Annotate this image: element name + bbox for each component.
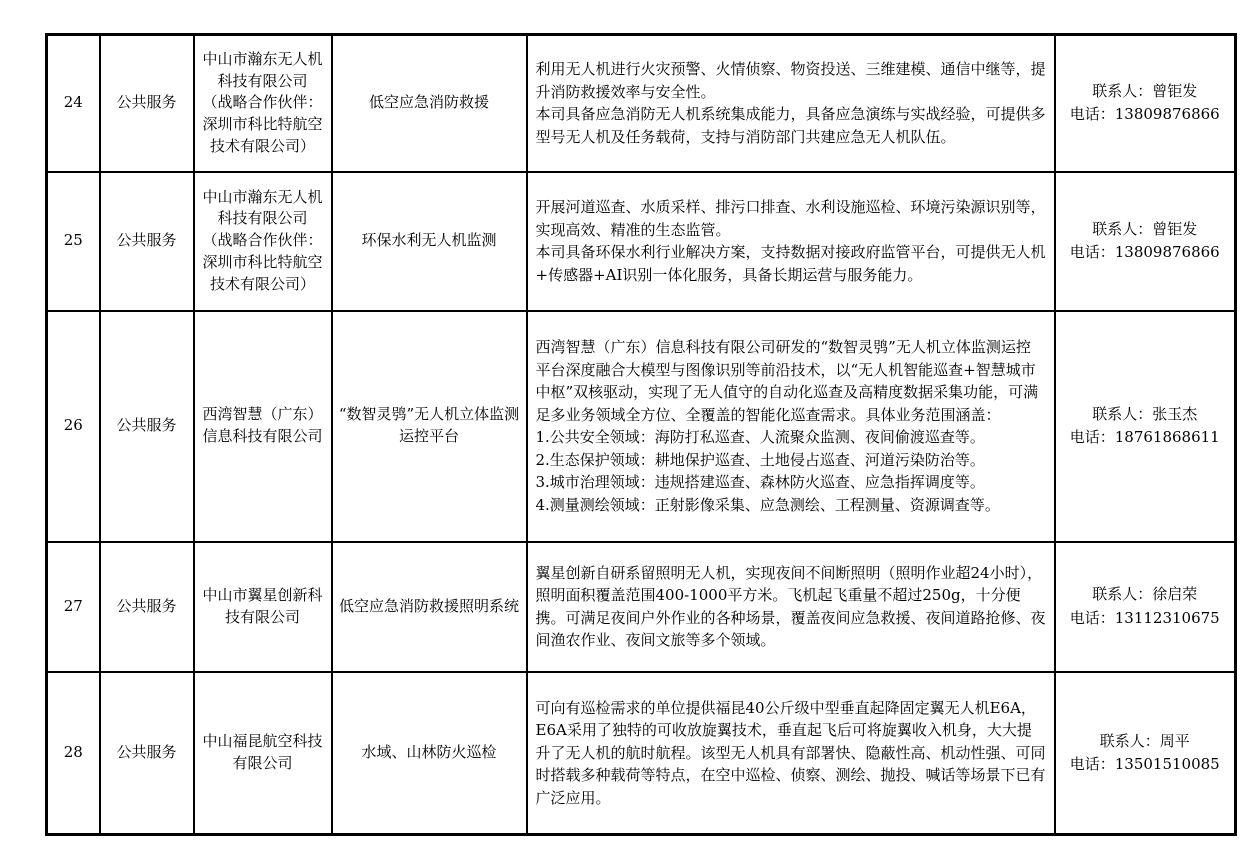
contact-cell: 联系人：徐启荣 电话：13112310675: [1055, 542, 1236, 672]
table-row: 26 公共服务 西湾智慧（广东）信息科技有限公司 “数智灵鸮”无人机立体监测运控…: [47, 311, 1236, 542]
contact-phone: 电话：13112310675: [1060, 607, 1231, 630]
company-cell: 西湾智慧（广东）信息科技有限公司: [194, 311, 332, 542]
contact-name: 联系人：曾钜发: [1060, 218, 1231, 241]
category-cell: 公共服务: [100, 542, 194, 672]
project-cell: 低空应急消防救援照明系统: [332, 542, 527, 672]
contact-name: 联系人：徐启荣: [1060, 583, 1231, 606]
row-number-cell: 26: [47, 311, 100, 542]
project-cell: 低空应急消防救援: [332, 35, 527, 172]
table-row: 24 公共服务 中山市瀚东无人机科技有限公司 （战略合作伙伴：深圳市科比特航空技…: [47, 35, 1236, 172]
contact-phone: 电话：13809876866: [1060, 103, 1231, 126]
category-cell: 公共服务: [100, 672, 194, 835]
row-number-cell: 25: [47, 172, 100, 311]
contact-phone: 电话：13809876866: [1060, 241, 1231, 264]
table-row: 27 公共服务 中山市翼星创新科技有限公司 低空应急消防救援照明系统 翼星创新自…: [47, 542, 1236, 672]
company-cell: 中山市瀚东无人机科技有限公司 （战略合作伙伴：深圳市科比特航空技术有限公司）: [194, 172, 332, 311]
contact-cell: 联系人：曾钜发 电话：13809876866: [1055, 35, 1236, 172]
company-cell: 中山市瀚东无人机科技有限公司 （战略合作伙伴：深圳市科比特航空技术有限公司）: [194, 35, 332, 172]
contact-cell: 联系人：张玉杰 电话：18761868611: [1055, 311, 1236, 542]
description-cell: 利用无人机进行火灾预警、火情侦察、物资投送、三维建模、通信中继等，提升消防救援效…: [527, 35, 1055, 172]
row-number-cell: 24: [47, 35, 100, 172]
row-number-cell: 28: [47, 672, 100, 835]
document-page: 24 公共服务 中山市瀚东无人机科技有限公司 （战略合作伙伴：深圳市科比特航空技…: [0, 0, 1260, 849]
contact-cell: 联系人：周平 电话：13501510085: [1055, 672, 1236, 835]
description-cell: 可向有巡检需求的单位提供福昆40公斤级中型垂直起降固定翼无人机E6A，E6A采用…: [527, 672, 1055, 835]
contact-name: 联系人：曾钜发: [1060, 80, 1231, 103]
table-row: 25 公共服务 中山市瀚东无人机科技有限公司 （战略合作伙伴：深圳市科比特航空技…: [47, 172, 1236, 311]
description-cell: 翼星创新自研系留照明无人机，实现夜间不间断照明（照明作业超24小时），照明面积覆…: [527, 542, 1055, 672]
project-cell: “数智灵鸮”无人机立体监测运控平台: [332, 311, 527, 542]
company-cell: 中山市翼星创新科技有限公司: [194, 542, 332, 672]
project-cell: 水域、山林防火巡检: [332, 672, 527, 835]
company-cell: 中山福昆航空科技有限公司: [194, 672, 332, 835]
table-row: 28 公共服务 中山福昆航空科技有限公司 水域、山林防火巡检 可向有巡检需求的单…: [47, 672, 1236, 835]
contact-phone: 电话：18761868611: [1060, 426, 1231, 449]
project-cell: 环保水利无人机监测: [332, 172, 527, 311]
category-cell: 公共服务: [100, 172, 194, 311]
contact-cell: 联系人：曾钜发 电话：13809876866: [1055, 172, 1236, 311]
description-cell: 西湾智慧（广东）信息科技有限公司研发的“数智灵鸮”无人机立体监测运控平台深度融合…: [527, 311, 1055, 542]
category-cell: 公共服务: [100, 311, 194, 542]
contact-phone: 电话：13501510085: [1060, 753, 1231, 776]
contact-name: 联系人：周平: [1060, 730, 1231, 753]
company-services-table: 24 公共服务 中山市瀚东无人机科技有限公司 （战略合作伙伴：深圳市科比特航空技…: [45, 33, 1237, 836]
description-cell: 开展河道巡查、水质采样、排污口排查、水利设施巡检、环境污染源识别等，实现高效、精…: [527, 172, 1055, 311]
row-number-cell: 27: [47, 542, 100, 672]
contact-name: 联系人：张玉杰: [1060, 403, 1231, 426]
category-cell: 公共服务: [100, 35, 194, 172]
